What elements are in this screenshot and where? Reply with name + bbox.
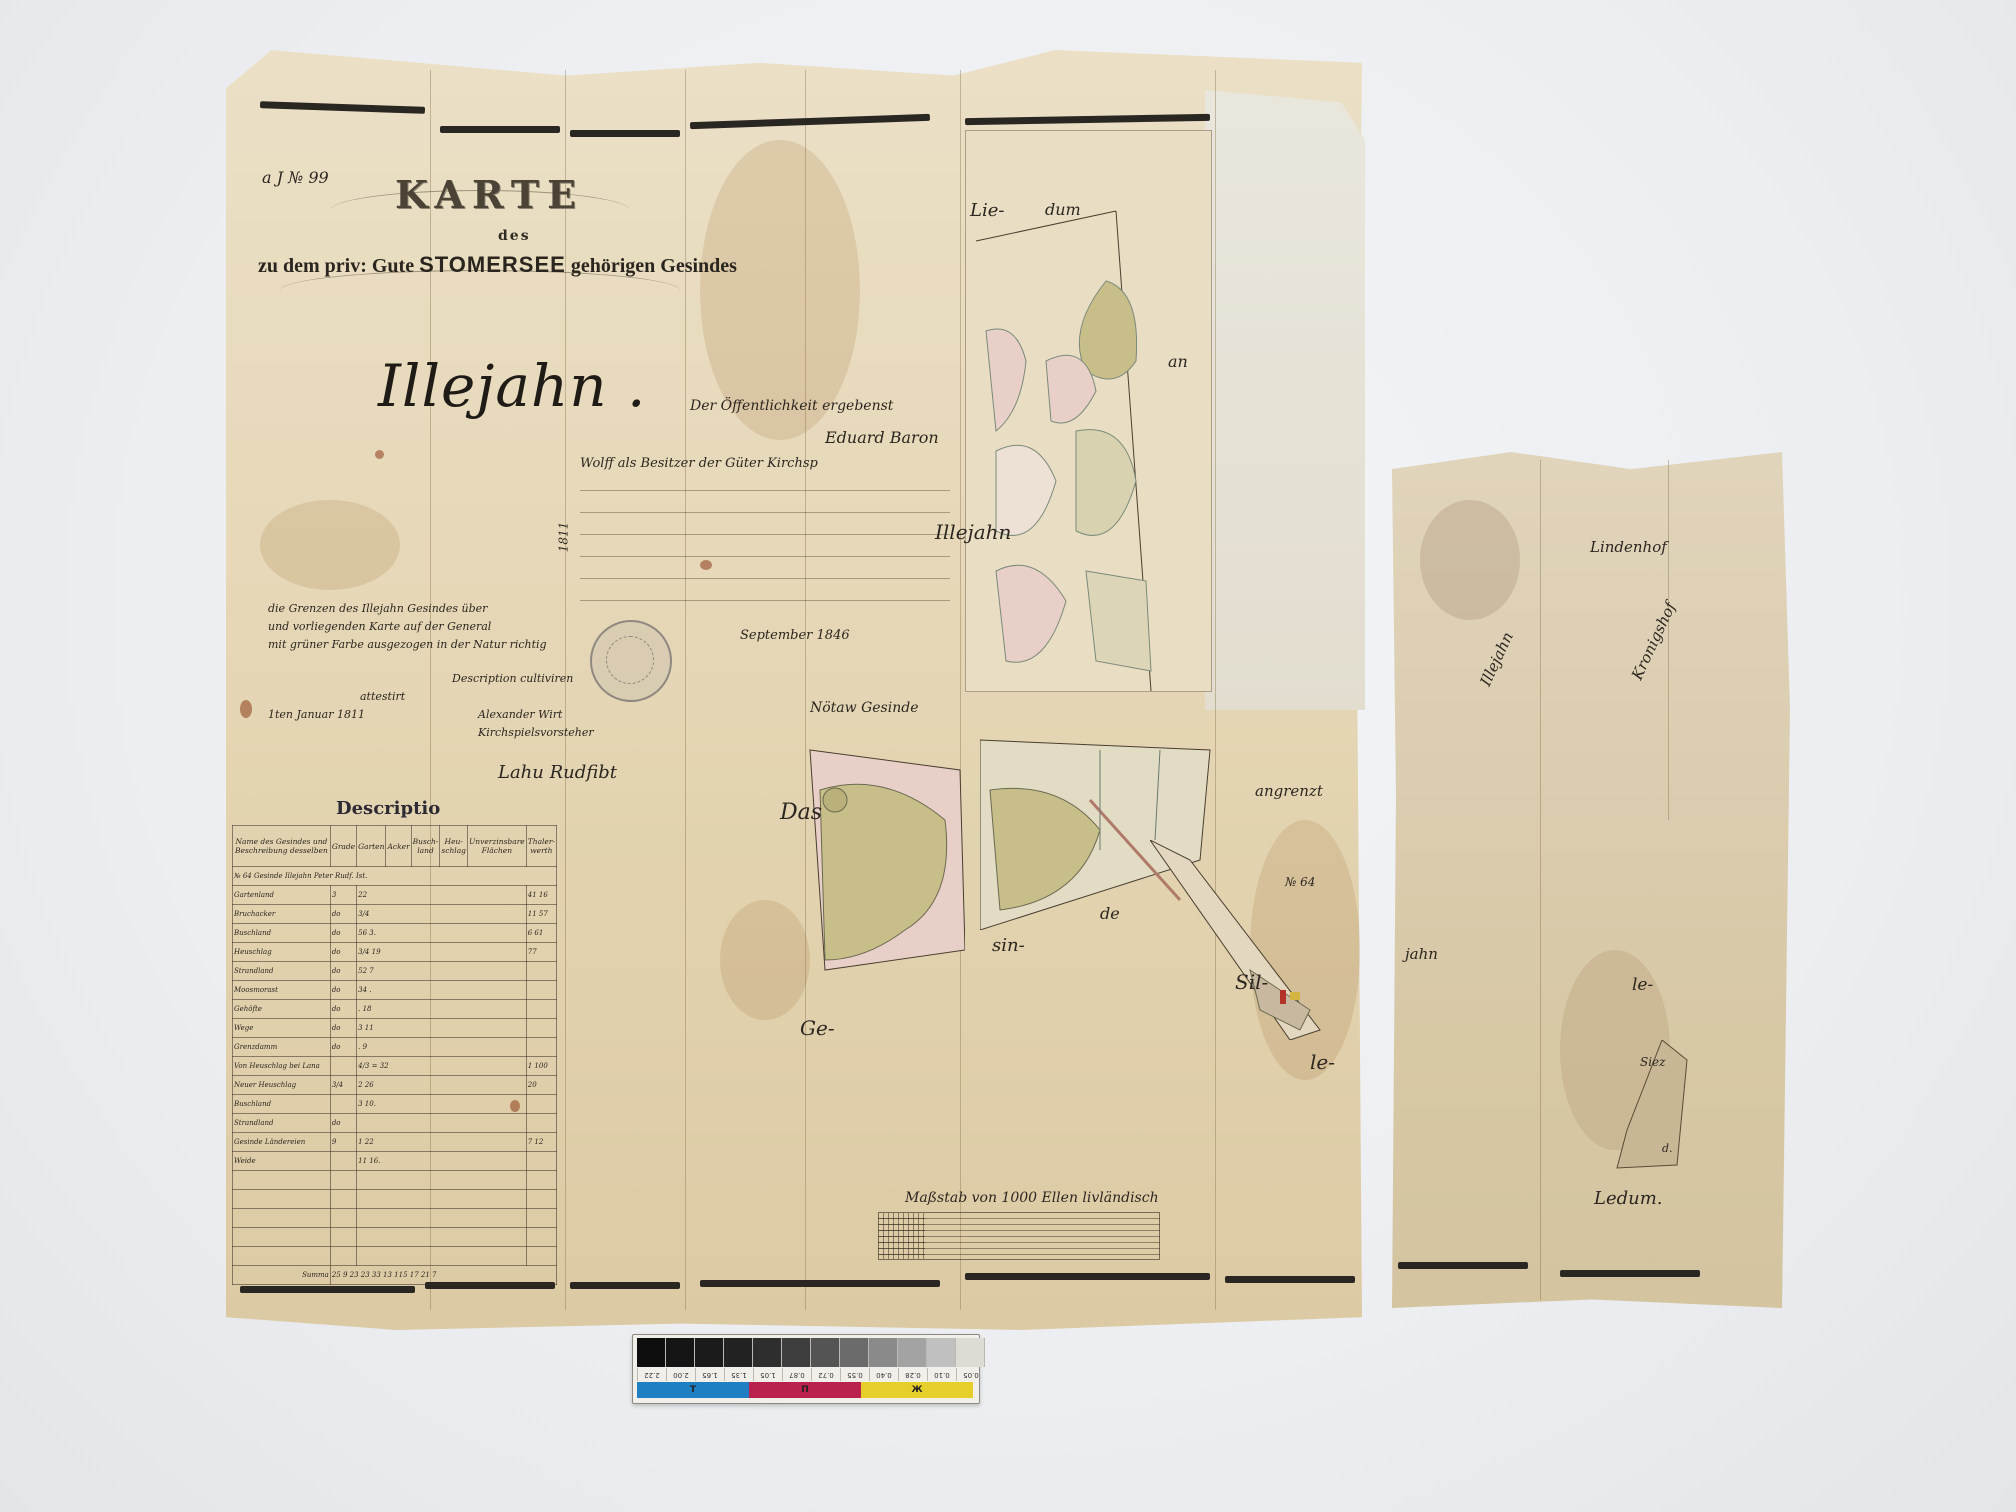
color-calibration-target: 2.22 2.00 1.65 1.35 1.05 0.87 0.72 0.55 …: [632, 1334, 980, 1404]
scale-bar: [878, 1212, 1160, 1260]
cyan-patch: Т: [637, 1382, 749, 1398]
gray-patch: [927, 1338, 956, 1367]
map-label: an: [1168, 352, 1188, 371]
map-label: le-: [1310, 1050, 1335, 1074]
fragment-label: Siez: [1640, 1055, 1665, 1069]
map-label: Das: [780, 800, 822, 825]
magenta-patch: П: [749, 1382, 861, 1398]
cmy-patches: Т П Ж: [637, 1382, 973, 1398]
map-title-des: des: [498, 228, 531, 244]
archive-mark: a J № 99: [262, 168, 329, 187]
fold-line: [960, 70, 961, 1310]
map-label: de: [1100, 904, 1120, 923]
fragment-label: Ledum.: [1594, 1188, 1663, 1209]
gray-patch: [724, 1338, 753, 1367]
gray-patch: [811, 1338, 840, 1367]
gray-patch: [637, 1338, 666, 1367]
linen-backing: [1205, 90, 1365, 710]
gray-patch: [695, 1338, 724, 1367]
map-label: Lie-: [970, 200, 1004, 221]
scale-caption: Maßstab von 1000 Ellen livländisch: [905, 1190, 1159, 1206]
fragment-label: d.: [1662, 1142, 1673, 1155]
fold-line: [1540, 460, 1541, 1300]
gray-patch: [753, 1338, 782, 1367]
description-table: Name des Gesindes und Beschreibung desse…: [232, 825, 557, 1285]
gray-patch: [666, 1338, 695, 1367]
fragment-label: Lindenhof: [1590, 538, 1667, 556]
map-title: KARTE: [395, 172, 584, 217]
map-subtitle: zu dem priv: Gute STOMERSEE gehörigen Ge…: [258, 252, 737, 278]
yellow-patch: Ж: [861, 1382, 973, 1398]
fold-line: [1668, 460, 1669, 820]
gray-scale-patches: [637, 1338, 985, 1367]
fragment-label: le-: [1632, 975, 1653, 995]
gray-patch: [840, 1338, 869, 1367]
fragment-label: jahn: [1405, 945, 1438, 963]
margin-date: 1811: [556, 522, 570, 553]
map-label: Sil-: [1235, 970, 1268, 994]
gray-patch: [956, 1338, 985, 1367]
official-seal: [590, 620, 672, 702]
map-piece-diagonal: [1150, 840, 1330, 1040]
farm-name: Illejahn .: [378, 352, 646, 420]
gray-patch: [869, 1338, 898, 1367]
gray-patch: [782, 1338, 811, 1367]
description-title: Descriptio: [336, 798, 440, 819]
map-label: Nötaw Gesinde: [810, 700, 918, 716]
plot-number: № 64: [1285, 875, 1315, 889]
map-label: Illejahn: [935, 520, 1011, 544]
density-values: 2.22 2.00 1.65 1.35 1.05 0.87 0.72 0.55 …: [637, 1368, 985, 1381]
estate-name: STOMERSEE: [419, 252, 566, 277]
fold-line: [1215, 70, 1216, 1310]
map-label: Ge-: [800, 1016, 835, 1040]
map-label: dum: [1045, 200, 1081, 219]
map-piece-lower-left: [805, 730, 965, 980]
gray-patch: [898, 1338, 927, 1367]
map-label: angrenzt: [1255, 782, 1323, 800]
map-label: sin-: [992, 935, 1025, 956]
signature: Lahu Rudfibt: [498, 762, 617, 783]
